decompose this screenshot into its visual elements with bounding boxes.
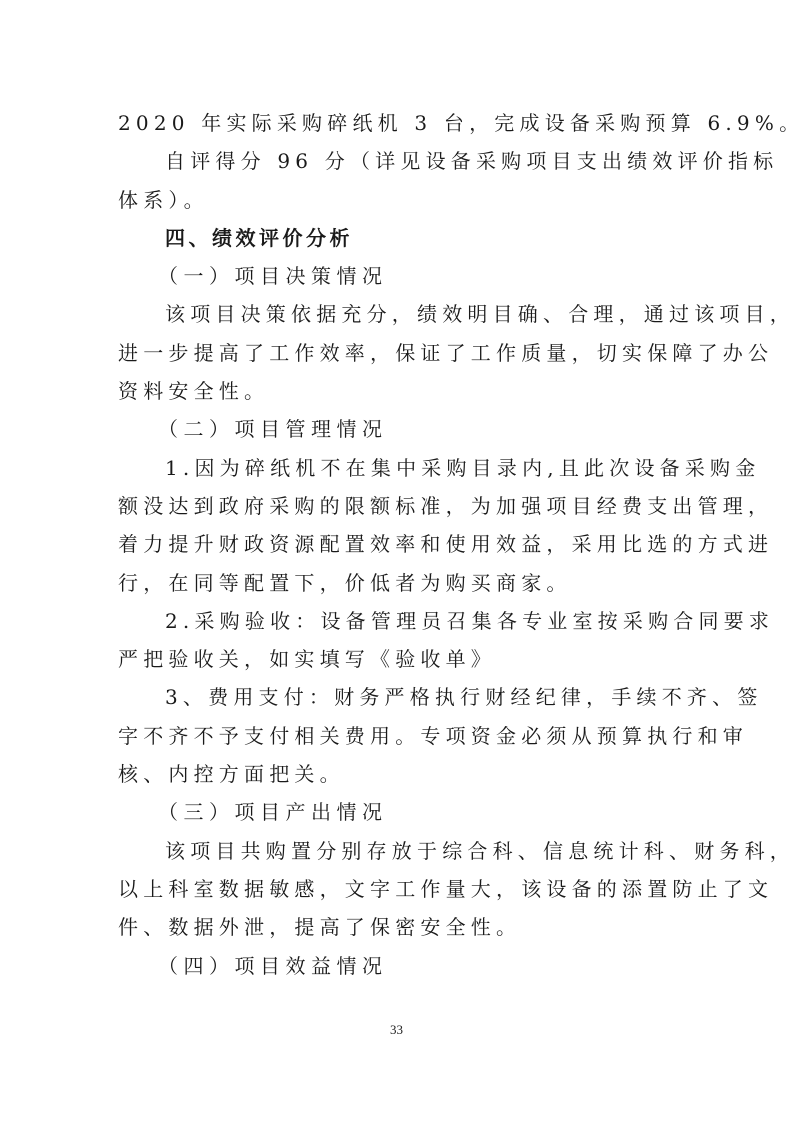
paragraph-line: 自评得分 96 分（详见设备采购项目支出绩效评价指标: [118, 142, 678, 180]
document-page: 2020 年实际采购碎纸机 3 台，完成设备采购预算 6.9%。 自评得分 96…: [118, 104, 678, 985]
paragraph-line: 进一步提高了工作效率，保证了工作质量，切实保障了办公: [118, 334, 678, 372]
paragraph-line: 件、数据外泄，提高了保密安全性。: [118, 908, 678, 946]
paragraph-line: 3、费用支付：财务严格执行财经纪律，手续不齐、签: [118, 678, 678, 716]
paragraph-line: 核、内控方面把关。: [118, 755, 678, 793]
paragraph-line: 2.采购验收：设备管理员召集各专业室按采购合同要求: [118, 602, 678, 640]
paragraph-line: 严把验收关，如实填写《验收单》: [118, 640, 678, 678]
paragraph-line: 该项目决策依据充分，绩效明目确、合理，通过该项目，: [118, 295, 678, 333]
page-number: 33: [0, 1022, 793, 1038]
paragraph-line: 字不齐不予支付相关费用。专项资金必须从预算执行和审: [118, 717, 678, 755]
subsection-heading: （一）项目决策情况: [118, 257, 678, 295]
subsection-heading: （二）项目管理情况: [118, 410, 678, 448]
section-heading: 四、绩效评价分析: [118, 219, 678, 257]
paragraph-line: 行，在同等配置下，价低者为购买商家。: [118, 564, 678, 602]
paragraph-line: 以上科室数据敏感，文字工作量大，该设备的添置防止了文: [118, 870, 678, 908]
paragraph-line: 1.因为碎纸机不在集中采购目录内,且此次设备采购金: [118, 449, 678, 487]
paragraph-line: 体系）。: [118, 181, 678, 219]
paragraph-line: 2020 年实际采购碎纸机 3 台，完成设备采购预算 6.9%。: [118, 104, 678, 142]
paragraph-line: 资料安全性。: [118, 372, 678, 410]
paragraph-line: 额没达到政府采购的限额标准，为加强项目经费支出管理，: [118, 487, 678, 525]
paragraph-line: 着力提升财政资源配置效率和使用效益，采用比选的方式进: [118, 525, 678, 563]
paragraph-line: 该项目共购置分别存放于综合科、信息统计科、财务科，: [118, 832, 678, 870]
subsection-heading: （四）项目效益情况: [118, 947, 678, 985]
subsection-heading: （三）项目产出情况: [118, 793, 678, 831]
